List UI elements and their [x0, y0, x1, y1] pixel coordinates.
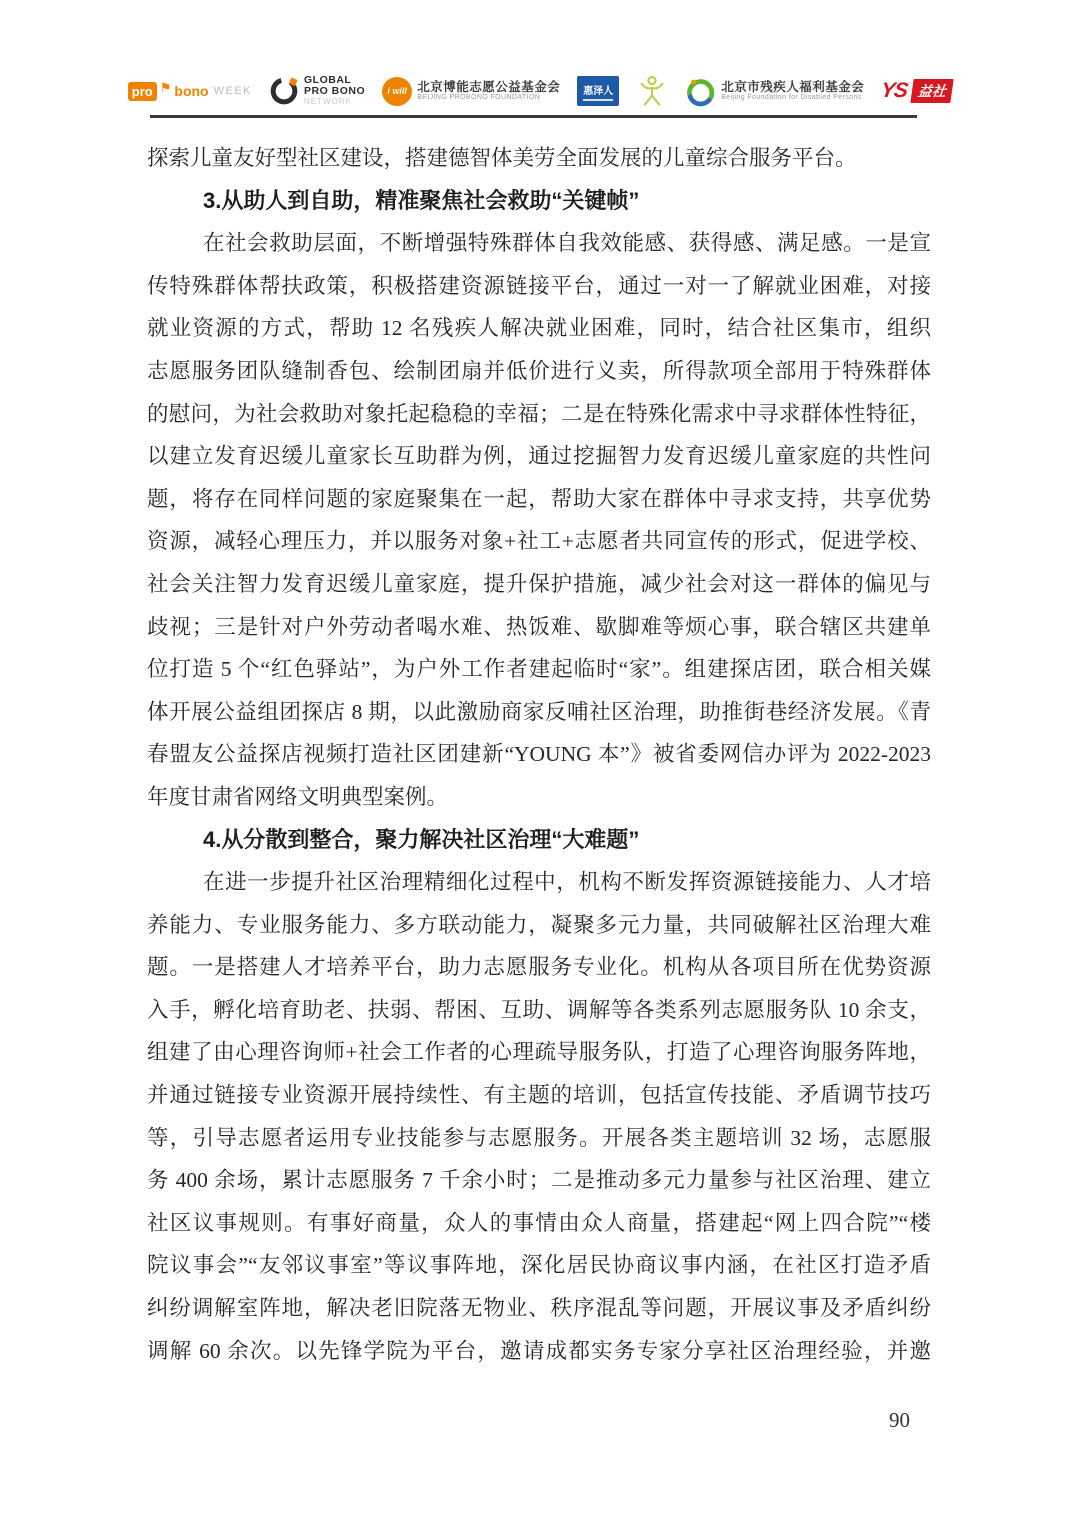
header-divider — [150, 115, 917, 118]
gpbn-line2: PRO BONO — [304, 86, 365, 97]
pro-bono-week-bono-label: bono — [174, 83, 208, 99]
text-line: 养能力、专业服务能力、多方联动能力，凝聚多元力量，共同破解社区治理大难 — [147, 904, 931, 947]
text-line: 在社会救助层面，不断增强特殊群体自我效能感、获得感、满足感。一是宣 — [147, 222, 931, 265]
huizeren-label: 惠泽人 — [583, 82, 613, 97]
text-line: 社会关注智力发育迟缓儿童家庭，提升保护措施，减少社会对这一群体的偏见与 — [147, 563, 931, 606]
text-line: 题，将存在同样问题的家庭聚集在一起，帮助大家在群体中寻求支持，共享优势 — [147, 478, 931, 521]
text-line: 资源，减轻心理压力，并以服务对象+社工+志愿者共同宣传的形式，促进学校、 — [147, 520, 931, 563]
text-line: 传特殊群体帮扶政策，积极搭建资源链接平台，通过一对一了解就业困难，对接 — [147, 265, 931, 308]
bpf-english-name: BEIJING PROBONO FOUNDATION — [417, 94, 560, 102]
section-heading-3: 3.从助人到自助，精准聚焦社会救助“关键帧” — [147, 180, 931, 223]
text-line: 体开展公益组团探店 8 期，以此激励商家反哺社区治理，助推街巷经济发展。《青 — [147, 691, 931, 734]
huizeren-blue-box-icon: 惠泽人 — [577, 76, 619, 106]
text-line: 调解 60 余次。以先锋学院为平台，邀请成都实务专家分享社区治理经验，并邀 — [147, 1330, 931, 1373]
header-logo-strip: pro ⚑ bono WEEK GLOBAL PRO BONO NETWORK … — [150, 68, 930, 114]
ys-mark-icon: YS — [880, 79, 909, 103]
swirl-globe-icon — [685, 76, 716, 107]
bfdp-chinese-name: 北京市残疾人福利基金会 — [721, 80, 864, 94]
text-line: 的慰问，为社会救助对象托起稳稳的幸福；二是在特殊化需求中寻求群体性特征， — [147, 393, 931, 436]
text-line: 院议事会”“友邻议事室”等议事阵地，深化居民协商议事内涵，在社区打造矛盾 — [147, 1244, 931, 1287]
yishe-red-box: 益社 — [911, 79, 954, 103]
text-line: 在进一步提升社区治理精细化过程中，机构不断发挥资源链接能力、人才培 — [147, 861, 931, 904]
text-line: 歧视；三是针对户外劳动者喝水难、热饭难、歇脚难等烦心事，联合辖区共建单 — [147, 606, 931, 649]
section-heading-4: 4.从分散到整合，聚力解决社区治理“大难题” — [147, 819, 931, 862]
pro-bono-week-pro-badge: pro — [128, 82, 157, 101]
logo-ys-yishe: YS 益社 — [881, 79, 952, 103]
document-page: pro ⚑ bono WEEK GLOBAL PRO BONO NETWORK … — [0, 0, 1080, 1527]
logo-green-figure — [636, 74, 668, 108]
text-line: 探索儿童友好型社区建设，搭建德智体美劳全面发展的儿童综合服务平台。 — [147, 137, 931, 180]
text-line: 等，引导志愿者运用专业技能参与志愿服务。开展各类主题培训 32 场，志愿服 — [147, 1117, 931, 1160]
text-line: 春盟友公益探店视频打造社区团建新“YOUNG 本”》被省委网信办评为 2022-… — [147, 733, 931, 776]
logo-global-pro-bono-network: GLOBAL PRO BONO NETWORK — [269, 75, 365, 106]
document-body: 探索儿童友好型社区建设，搭建德智体美劳全面发展的儿童综合服务平台。 3.从助人到… — [147, 137, 931, 1372]
page-number: 90 — [889, 1410, 910, 1431]
text-line: 组建了由心理咨询师+社会工作者的心理疏导服务队，打造了心理咨询服务阵地， — [147, 1031, 931, 1074]
bpf-chinese-name: 北京博能志愿公益基金会 — [417, 80, 560, 94]
bfdp-english-name: Beijing Foundation for Disabled Persons — [721, 94, 864, 102]
text-line: 并通过链接专业资源开展持续性、有主题的培训，包括宣传技能、矛盾调节技巧 — [147, 1074, 931, 1117]
text-line: 纠纷调解室阵地，解决老旧院落无物业、秩序混乱等问题，开展议事及矛盾纠纷 — [147, 1287, 931, 1330]
text-line: 社区议事规则。有事好商量，众人的事情由众人商量，搭建起“网上四合院”“楼 — [147, 1202, 931, 1245]
pro-bono-week-week-label: WEEK — [214, 85, 252, 97]
logo-beijing-foundation-disabled-persons: 北京市残疾人福利基金会 Beijing Foundation for Disab… — [685, 76, 864, 107]
text-line: 就业资源的方式，帮助 12 名残疾人解决就业困难，同时，结合社区集市，组织 — [147, 307, 931, 350]
text-line: 志愿服务团队缝制香包、绘制团扇并低价进行义卖，所得款项全部用于特殊群体 — [147, 350, 931, 393]
text-line: 入手，孵化培育助老、扶弱、帮困、互助、调解等各类系列志愿服务队 10 余支， — [147, 989, 931, 1032]
logo-huizeren: 惠泽人 — [577, 76, 619, 106]
text-line: 位打造 5 个“红色驿站”，为户外工作者建起临时“家”。组建探店团，联合相关媒 — [147, 648, 931, 691]
flag-icon: ⚑ — [160, 80, 172, 96]
text-line: 题。一是搭建人才培养平台，助力志愿服务专业化。机构从各项目所在优势资源 — [147, 946, 931, 989]
logo-pro-bono-week: pro ⚑ bono WEEK — [128, 80, 252, 102]
dancing-figure-icon — [636, 74, 668, 108]
gpbn-line3: NETWORK — [304, 98, 365, 106]
text-line: 以建立发育迟缓儿童家长互助群为例，通过挖掘智力发育迟缓儿童家庭的共性问 — [147, 435, 931, 478]
logo-beijing-probono-foundation: i will 北京博能志愿公益基金会 BEIJING PROBONO FOUND… — [382, 77, 560, 106]
ring-c-icon — [269, 76, 299, 106]
text-line: 年度甘肃省网络文明典型案例。 — [147, 776, 931, 819]
text-line: 务 400 余场，累计志愿服务 7 千余小时；二是推动多元力量参与社区治理、建立 — [147, 1159, 931, 1202]
i-will-circle-icon: i will — [382, 77, 412, 106]
